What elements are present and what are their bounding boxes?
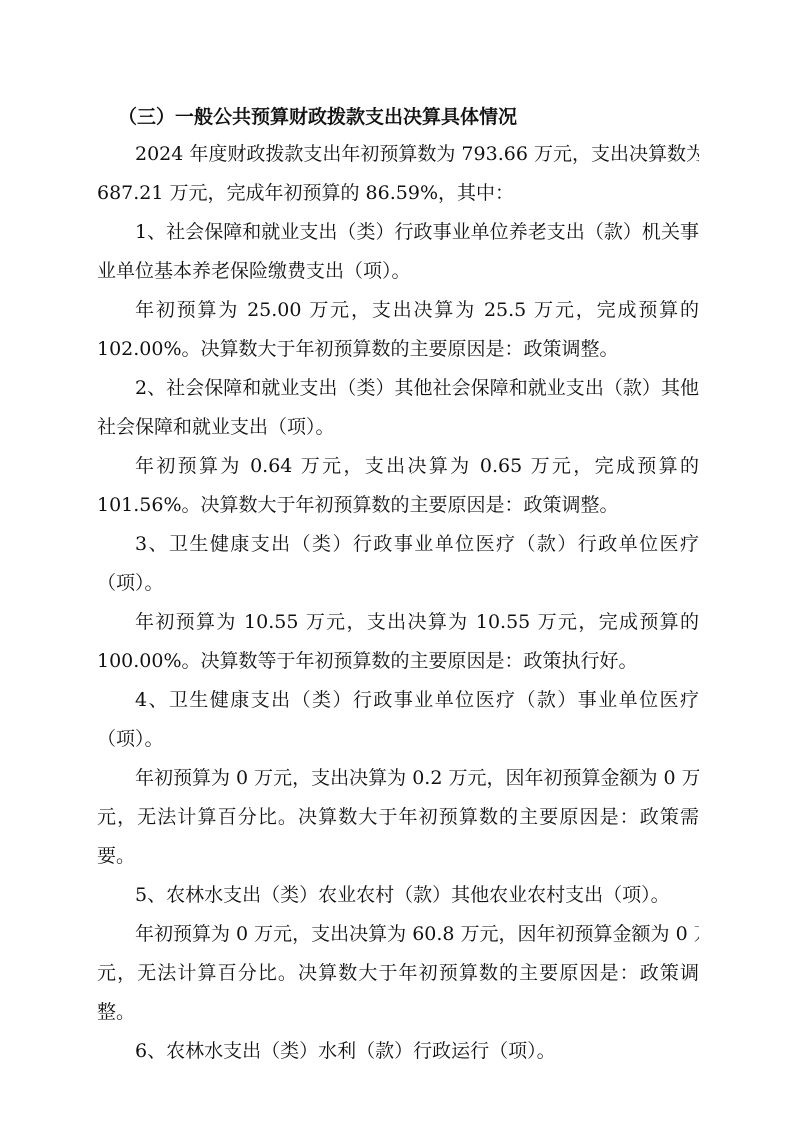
paragraph-line: 要。 (97, 843, 699, 869)
paragraph-line: 元，无法计算百分比。决算数大于年初预算数的主要原因是：政策调 (97, 960, 699, 986)
paragraph-line: 102.00%。决算数大于年初预算数的主要原因是：政策调整。 (97, 336, 699, 362)
paragraph-line: 4、卫生健康支出（类）行政事业单位医疗（款）事业单位医疗 (135, 687, 699, 713)
paragraph-line: （项）。 (97, 570, 699, 596)
paragraph-line: 业单位基本养老保险缴费支出（项）。 (97, 258, 699, 284)
paragraph-line: 5、农林水支出（类）农业农村（款）其他农业农村支出（项）。 (135, 882, 699, 908)
paragraph-line: 年初预算为 0.64 万元，支出决算为 0.65 万元，完成预算的 (135, 453, 699, 479)
paragraph-line: 年初预算为 10.55 万元，支出决算为 10.55 万元，完成预算的 (135, 609, 699, 635)
paragraph-line: 3、卫生健康支出（类）行政事业单位医疗（款）行政单位医疗 (135, 531, 699, 557)
section-heading: （三）一般公共预算财政拨款支出决算具体情况 (118, 104, 517, 130)
document-page: （三）一般公共预算财政拨款支出决算具体情况 2024 年度财政拨款支出年初预算数… (0, 0, 793, 1122)
paragraph-line: 687.21 万元，完成年初预算的 86.59%，其中： (97, 180, 699, 206)
paragraph-line: 2、社会保障和就业支出（类）其他社会保障和就业支出（款）其他 (135, 375, 699, 401)
paragraph-line: 1、社会保障和就业支出（类）行政事业单位养老支出（款）机关事 (135, 219, 699, 245)
paragraph-line: 6、农林水支出（类）水利（款）行政运行（项）。 (135, 1038, 699, 1064)
paragraph-line: 年初预算为 25.00 万元，支出决算为 25.5 万元，完成预算的 (135, 297, 699, 323)
paragraph-line: 年初预算为 0 万元，支出决算为 0.2 万元，因年初预算金额为 0 万 (135, 765, 699, 791)
paragraph-line: 整。 (97, 999, 699, 1025)
paragraph-line: （项）。 (97, 726, 699, 752)
paragraph-line: 元，无法计算百分比。决算数大于年初预算数的主要原因是：政策需 (97, 804, 699, 830)
paragraph-line: 100.00%。决算数等于年初预算数的主要原因是：政策执行好。 (97, 648, 699, 674)
paragraph-line: 年初预算为 0 万元，支出决算为 60.8 万元，因年初预算金额为 0 万 (135, 921, 699, 947)
paragraph-line: 2024 年度财政拨款支出年初预算数为 793.66 万元，支出决算数为 (135, 141, 699, 167)
paragraph-line: 101.56%。决算数大于年初预算数的主要原因是：政策调整。 (97, 492, 699, 518)
paragraph-line: 社会保障和就业支出（项）。 (97, 414, 699, 440)
